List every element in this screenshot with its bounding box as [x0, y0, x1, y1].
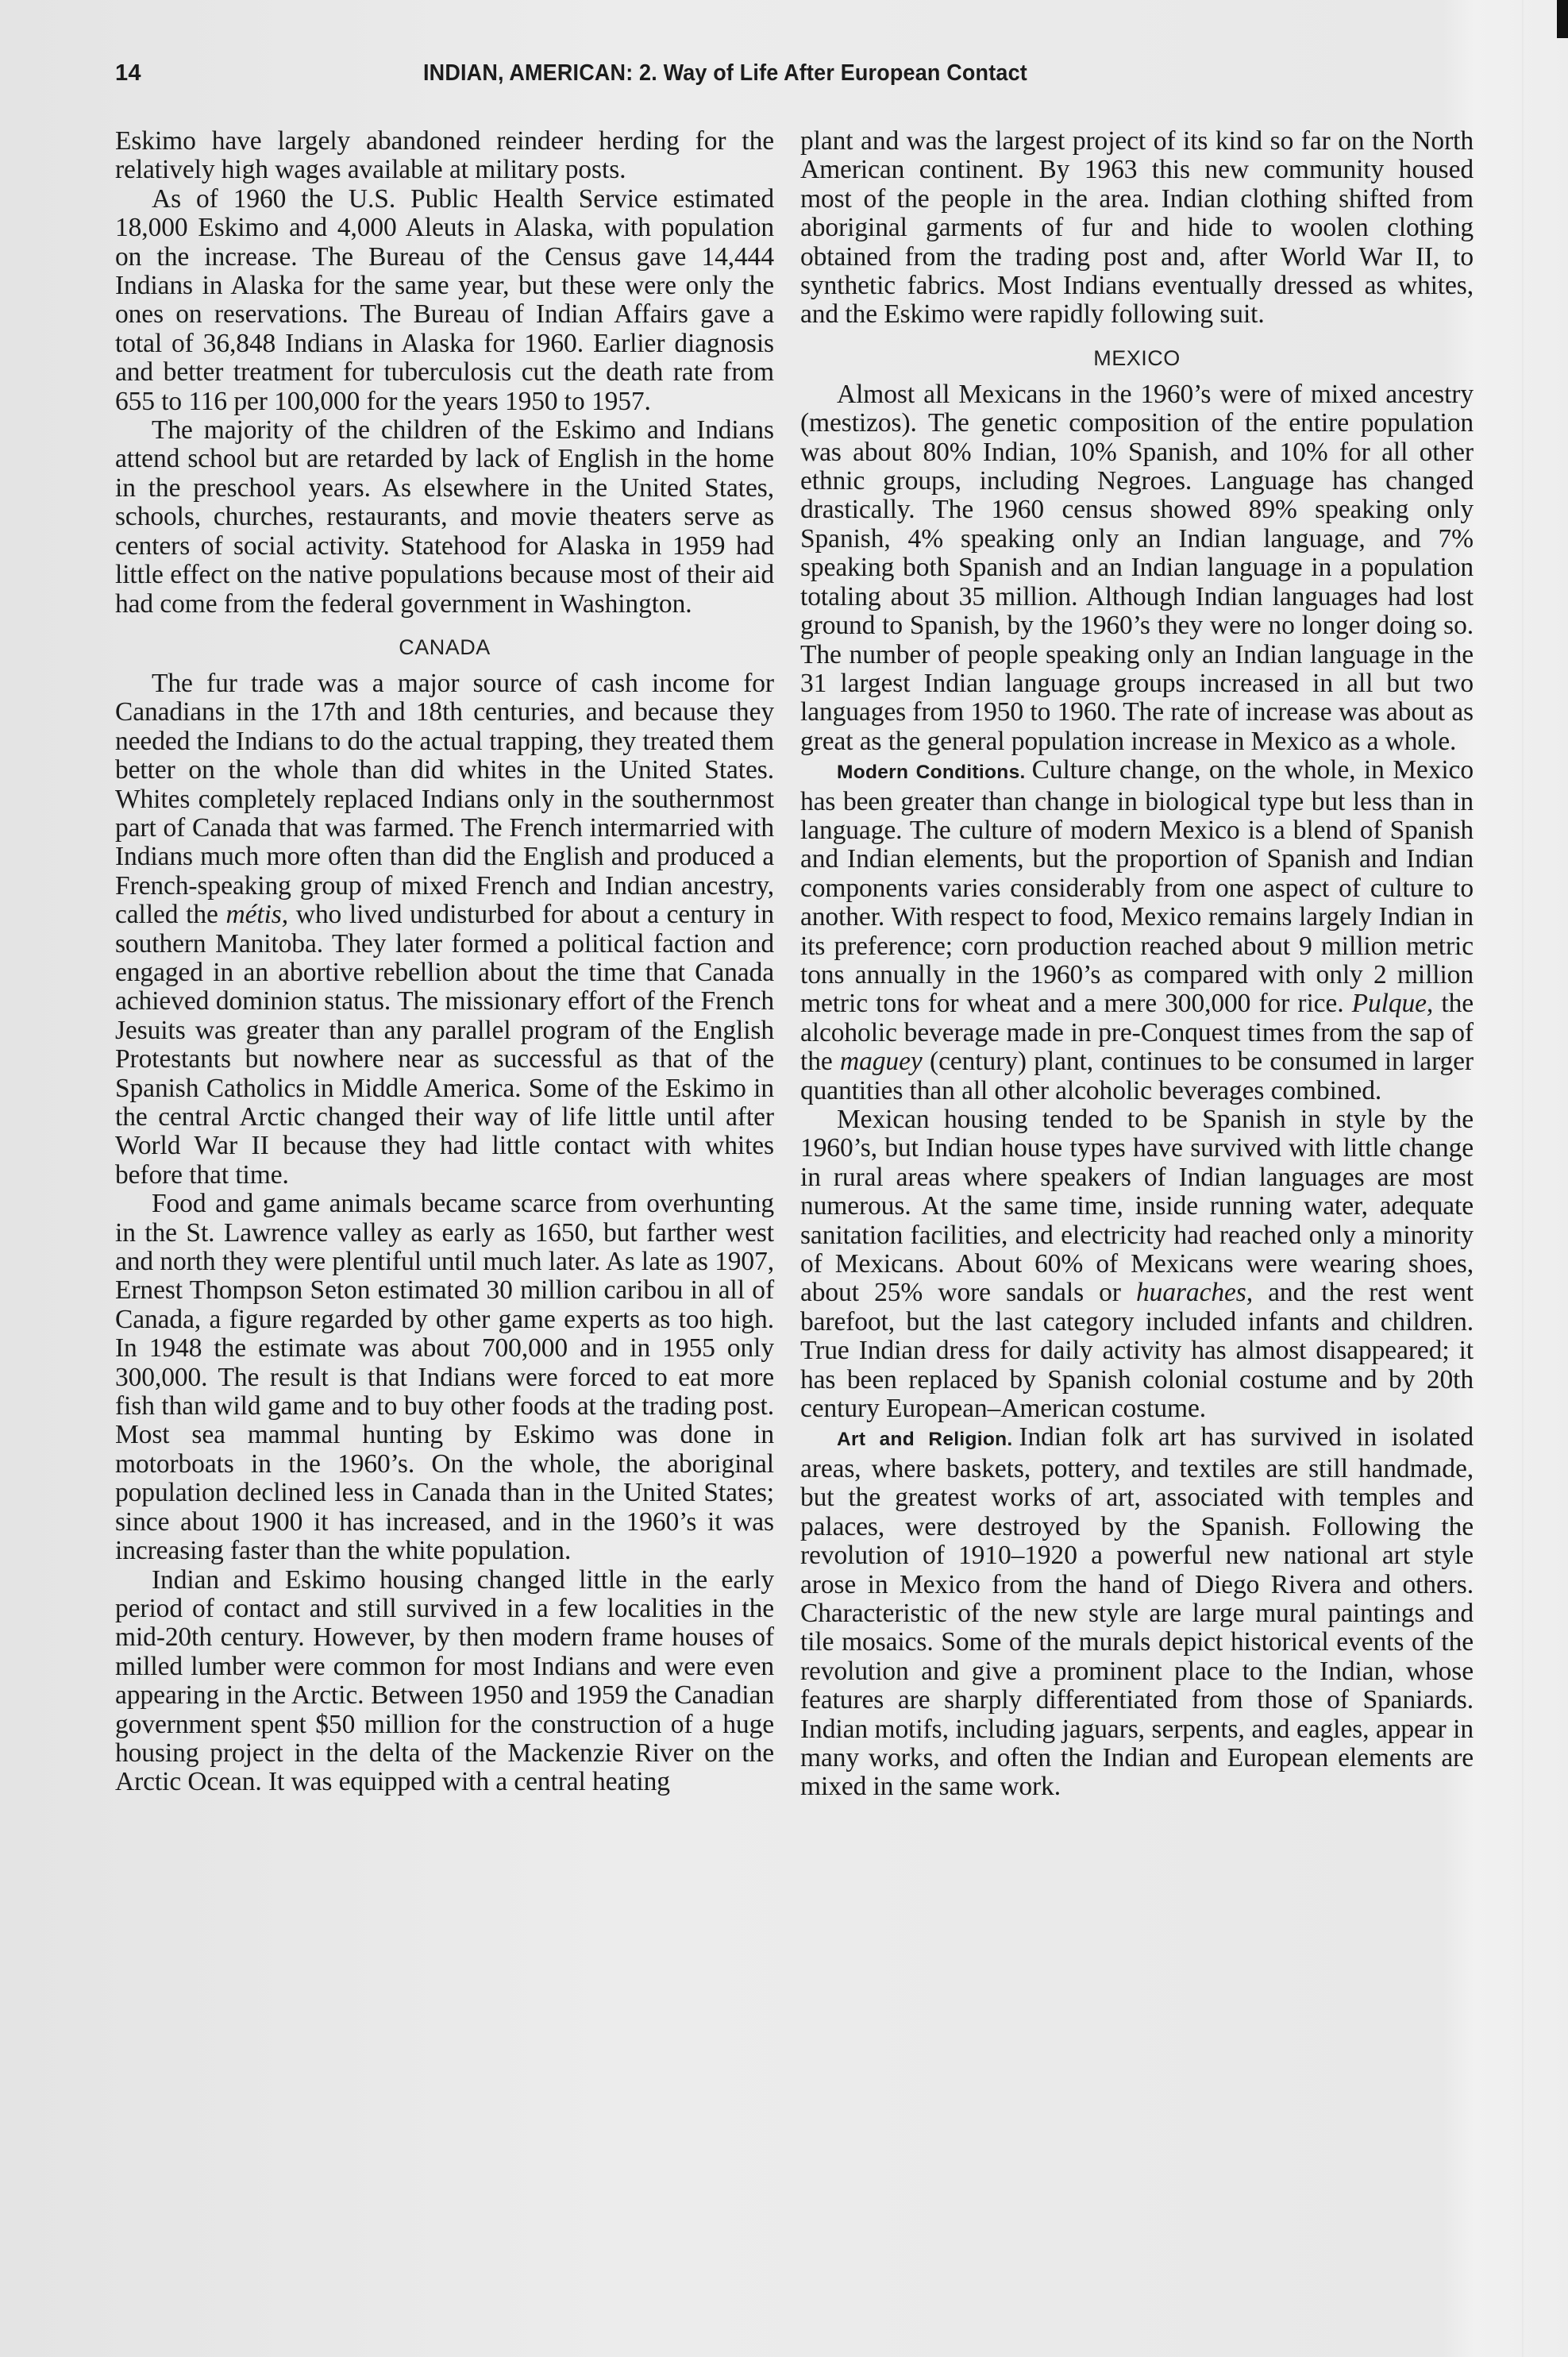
paragraph-text: The fur trade was a major source of cash… — [115, 669, 774, 929]
paragraph-mexico-housing: Mexican housing tended to be Spanish in … — [800, 1105, 1474, 1423]
section-heading-mexico: MEXICO — [800, 344, 1474, 372]
italic-term: maguey — [840, 1047, 923, 1076]
left-column: Eskimo have largely abandoned reindeer h… — [115, 127, 774, 1797]
right-column: plant and was the largest project of its… — [800, 127, 1474, 1802]
paragraph-alaska-continued: Eskimo have largely abandoned reindeer h… — [115, 127, 774, 185]
paragraph-text: Indian folk art has survived in isolated… — [800, 1422, 1474, 1801]
paragraph-canada-game: Food and game animals became scarce from… — [115, 1190, 774, 1565]
scan-corner-shadow — [1557, 0, 1568, 38]
page-number: 14 — [115, 60, 141, 87]
paragraph-canada-housing-continued: plant and was the largest project of its… — [800, 127, 1474, 330]
run-in-heading-modern-conditions: Modern Conditions. — [837, 762, 1026, 783]
running-title: INDIAN, AMERICAN: 2. Way of Life After E… — [423, 60, 1027, 87]
italic-term: métis, — [226, 900, 289, 929]
paragraph-text: who lived undisturbed for about a centur… — [115, 900, 774, 1190]
paragraph-text: Culture change, on the whole, in Mexico … — [800, 755, 1474, 1018]
paragraph-canada-fur-trade: The fur trade was a major source of cash… — [115, 669, 774, 1190]
paragraph-canada-housing: Indian and Eskimo housing changed little… — [115, 1566, 774, 1797]
paragraph-alaska-schooling: The majority of the children of the Eski… — [115, 416, 774, 619]
run-in-heading-art-and-religion: Art and Religion. — [837, 1429, 1012, 1450]
italic-term: Pulque, — [1352, 989, 1434, 1018]
paragraph-alaska-population: As of 1960 the U.S. Public Health Servic… — [115, 185, 774, 416]
section-heading-canada: CANADA — [115, 633, 774, 662]
paragraph-text: Mexican housing tended to be Spanish in … — [800, 1105, 1474, 1307]
paragraph-art-and-religion: Art and Religion.Indian folk art has sur… — [800, 1423, 1474, 1801]
paragraph-mexico-ancestry: Almost all Mexicans in the 1960’s were o… — [800, 380, 1474, 756]
paragraph-modern-conditions: Modern Conditions.Culture change, on the… — [800, 756, 1474, 1105]
page-fold-edge — [1522, 0, 1524, 2357]
italic-term: huaraches, — [1136, 1278, 1253, 1307]
running-header: 14 INDIAN, AMERICAN: 2. Way of Life Afte… — [115, 60, 1481, 92]
